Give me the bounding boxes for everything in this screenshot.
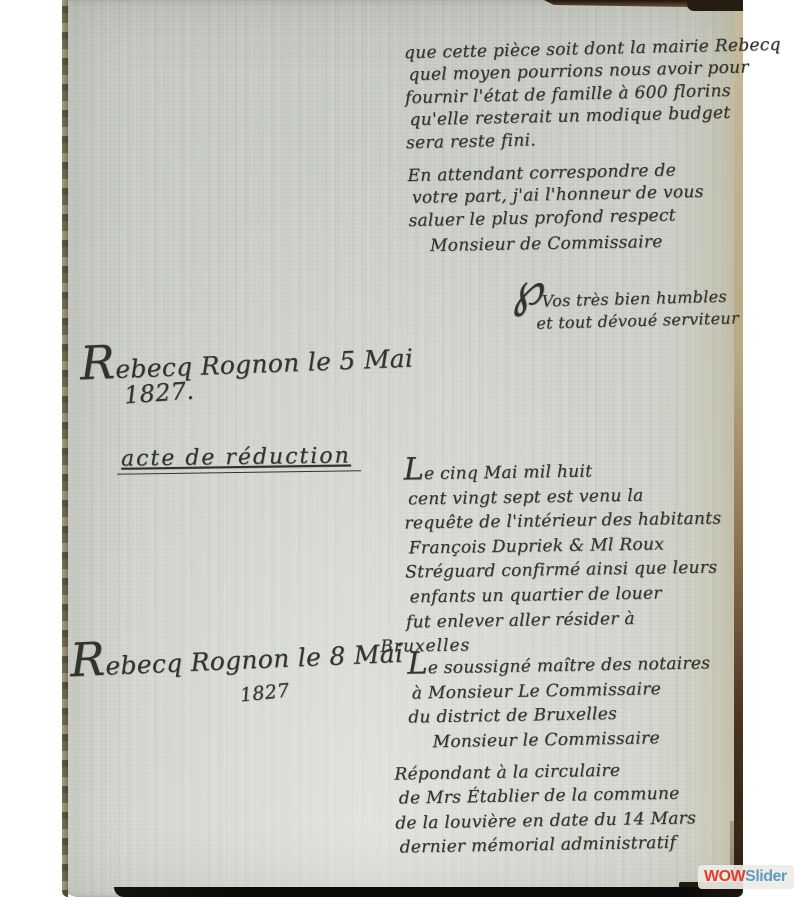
paragraph-attend: En attendant correspondre de votre part,… (407, 159, 704, 232)
entry2-year: 1827 (239, 679, 291, 706)
handwriting-line: Monsieur de Commissaire (430, 231, 663, 257)
handwriting-line: dernier mémorial administratif (399, 831, 696, 861)
handwriting-line: Le soussigné maître des notaires (407, 647, 710, 681)
handwriting-line: Rebecq Rognon le 8 Mai (69, 631, 403, 683)
signature-flourish: ℘ (506, 260, 545, 318)
underlined-heading: acte de réduction (117, 445, 361, 475)
handwriting-line: Monsieur le Commissaire (432, 725, 711, 754)
wowslider-watermark-wow: WOW (704, 868, 745, 885)
entry2-dateline: Rebecq Rognon le 8 Mai (69, 631, 403, 683)
bottom-book-edge (114, 887, 742, 897)
handwriting-line: Stréguard confirmé ainsi que leurs (405, 556, 722, 586)
salutation-line: Monsieur de Commissaire (430, 231, 663, 257)
paragraph-acte: Le cinq Mai mil huit cent vingt sept est… (403, 454, 723, 660)
paragraph-circulaire: Répondant à la circulaire de Mrs Établie… (394, 757, 697, 860)
manuscript-page-photo: que cette pièce soit dont la mairie Rebe… (62, 0, 743, 897)
entry1-dateline: Rebecq Rognon le 5 Mai (79, 336, 413, 387)
handwriting-line: et tout dévoué serviteur (536, 307, 739, 334)
signature-block: Vos très bien humbles et tout dévoué ser… (541, 285, 739, 334)
wowslider-watermark[interactable]: WOWSlider (698, 865, 794, 889)
handwriting-line: Rebecq Rognon le 5 Mai (79, 336, 413, 387)
book-left-edge (62, 0, 68, 897)
paragraph-reply: que cette pièce soit dont la mairie Rebe… (404, 34, 783, 155)
wowslider-watermark-slider: Slider (745, 868, 786, 885)
top-right-binding-shadow (687, 0, 743, 11)
entry1-year: 1827. (123, 380, 195, 407)
paragraph-commissaire: Le soussigné maître des notaires à Monsi… (407, 647, 712, 755)
act-heading: acte de réduction (117, 445, 361, 475)
handwriting-line: 1827. (123, 380, 195, 407)
handwriting-line: requête de l'intérieur des habitants (404, 507, 721, 537)
handwriting-line: 1827 (239, 679, 291, 706)
